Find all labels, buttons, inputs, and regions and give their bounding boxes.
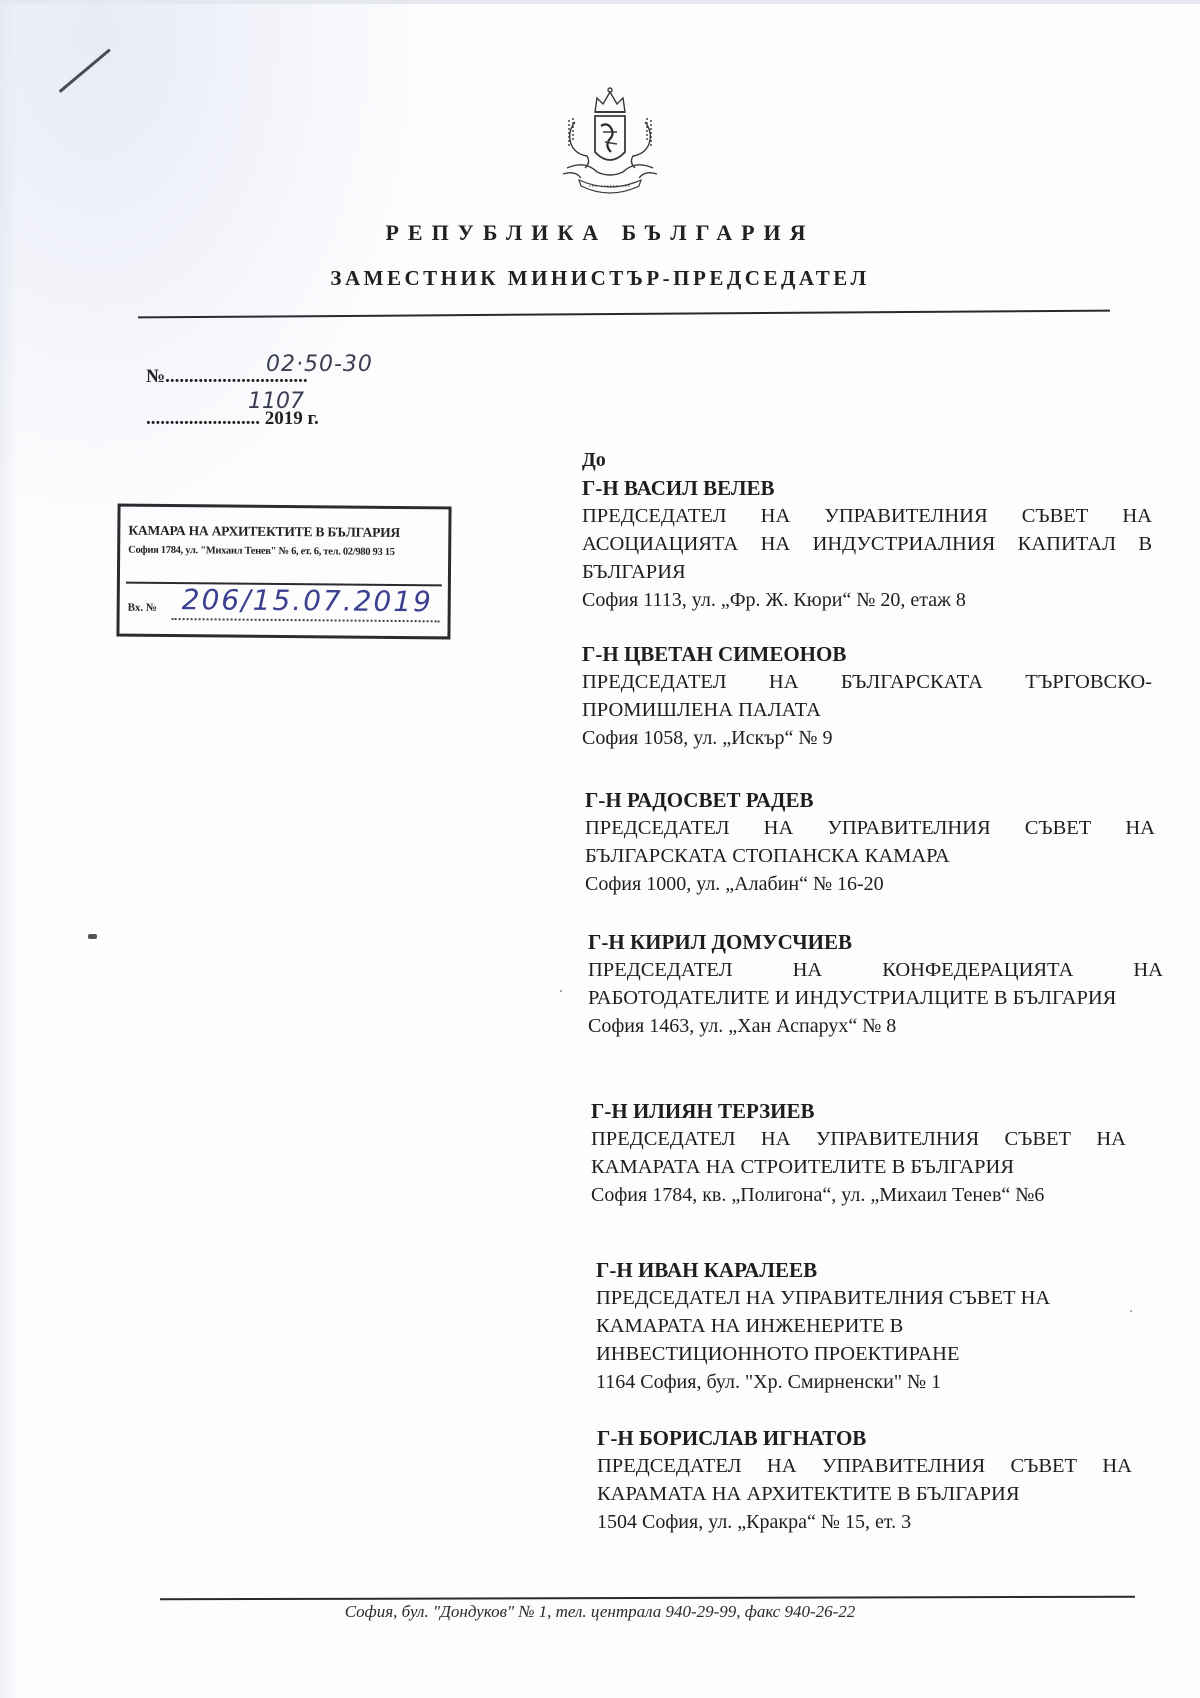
recipient-block: Г-Н ВАСИЛ ВЕЛЕВ ПРЕДСЕДАТЕЛ НА УПРАВИТЕЛ… [582, 474, 1152, 614]
recipient-name: Г-Н ИЛИЯН ТЕРЗИЕВ [591, 1097, 1126, 1125]
recipient-title: ПРЕДСЕДАТЕЛ НА УПРАВИТЕЛНИЯ СЪВЕТ НА АСО… [582, 502, 1152, 586]
recipient-address: София 1058, ул. „Искър“ № 9 [582, 724, 1152, 752]
recipient-address: 1504 София, ул. „Кракра“ № 15, ет. 3 [597, 1508, 1132, 1536]
recipient-address: София 1113, ул. „Фр. Ж. Кюри“ № 20, етаж… [582, 586, 1152, 614]
recipient-block: Г-Н КИРИЛ ДОМУСЧИЕВ ПРЕДСЕДАТЕЛ НА КОНФЕ… [588, 928, 1163, 1040]
date-dots: ........................ [146, 408, 260, 429]
recipient-block: Г-Н ЦВЕТАН СИМЕОНОВ ПРЕДСЕДАТЕЛ НА БЪЛГА… [582, 640, 1152, 752]
header-divider [138, 310, 1110, 319]
recipient-name: Г-Н БОРИСЛАВ ИГНАТОВ [597, 1424, 1132, 1452]
recipient-address: 1164 София, бул. "Хр. Смирненски" № 1 [596, 1368, 1116, 1396]
number-label: № [146, 366, 165, 387]
recipient-address: София 1463, ул. „Хан Аспарух“ № 8 [588, 1012, 1163, 1040]
stamp-incoming-label: Вх. № [128, 602, 157, 614]
recipient-name: Г-Н КИРИЛ ДОМУСЧИЕВ [588, 928, 1163, 956]
handwritten-reference-date: 1107 [248, 389, 304, 414]
stamp-address: София 1784, ул. "Михаил Тенев" № 6, ет. … [128, 545, 395, 558]
scan-edge [0, 0, 1200, 4]
footer-contact-info: София, бул. "Дондуков" № 1, тел. централ… [0, 1602, 1200, 1622]
pen-stroke-mark [58, 48, 110, 93]
recipient-block: Г-Н БОРИСЛАВ ИГНАТОВ ПРЕДСЕДАТЕЛ НА УПРА… [597, 1424, 1132, 1536]
recipient-name: Г-Н РАДОСВЕТ РАДЕВ [585, 786, 1155, 814]
country-heading: РЕПУБЛИКА БЪЛГАРИЯ [0, 220, 1200, 246]
recipient-name: Г-Н ИВАН КАРАЛЕЕВ [596, 1256, 1116, 1284]
recipient-address: София 1784, кв. „Полигона“, ул. „Михаил … [591, 1181, 1126, 1209]
recipient-title: ПРЕДСЕДАТЕЛ НА УПРАВИТЕЛНИЯ СЪВЕТ НА КАМ… [596, 1284, 1116, 1368]
recipient-address: София 1000, ул. „Алабин“ № 16-20 [585, 870, 1155, 898]
footer-divider [160, 1596, 1135, 1601]
recipient-block: Г-Н РАДОСВЕТ РАДЕВ ПРЕДСЕДАТЕЛ НА УПРАВИ… [585, 786, 1155, 898]
recipient-title: ПРЕДСЕДАТЕЛ НА УПРАВИТЕЛНИЯ СЪВЕТ НА БЪЛ… [585, 814, 1155, 870]
recipient-name: Г-Н ВАСИЛ ВЕЛЕВ [582, 474, 1152, 502]
scan-speck [88, 934, 97, 939]
recipient-title: ПРЕДСЕДАТЕЛ НА КОНФЕДЕРАЦИЯТА НА РАБОТОД… [588, 956, 1163, 1012]
recipient-title: ПРЕДСЕДАТЕЛ НА БЪЛГАРСКАТА ТЪРГОВСКО-ПРО… [582, 668, 1152, 724]
to-label: До [582, 449, 606, 472]
recipient-name: Г-Н ЦВЕТАН СИМЕОНОВ [582, 640, 1152, 668]
recipient-block: Г-Н ИВАН КАРАЛЕЕВ ПРЕДСЕДАТЕЛ НА УПРАВИТ… [596, 1256, 1116, 1396]
incoming-registration-stamp: КАМАРА НА АРХИТЕКТИТЕ В БЪЛГАРИЯ София 1… [116, 504, 451, 640]
recipient-block: Г-Н ИЛИЯН ТЕРЗИЕВ ПРЕДСЕДАТЕЛ НА УПРАВИТ… [591, 1097, 1126, 1209]
scan-speck [1130, 1310, 1132, 1312]
bulgarian-coat-of-arms-icon [545, 82, 675, 202]
stamp-incoming-number: 206/15.07.2019 [182, 583, 433, 618]
scanned-letter-page: РЕПУБЛИКА БЪЛГАРИЯ ЗАМЕСТНИК МИНИСТЪР-ПР… [0, 0, 1200, 1698]
handwritten-reference-number: 02·50-30 [266, 352, 373, 377]
recipient-title: ПРЕДСЕДАТЕЛ НА УПРАВИТЕЛНИЯ СЪВЕТ НА КАР… [597, 1452, 1132, 1508]
office-heading: ЗАМЕСТНИК МИНИСТЪР-ПРЕДСЕДАТЕЛ [0, 266, 1200, 291]
stamp-dotted-line [172, 618, 440, 622]
stamp-organization: КАМАРА НА АРХИТЕКТИТЕ В БЪЛГАРИЯ [128, 523, 400, 541]
recipient-title: ПРЕДСЕДАТЕЛ НА УПРАВИТЕЛНИЯ СЪВЕТ НА КАМ… [591, 1125, 1126, 1181]
scan-speck [560, 990, 562, 992]
